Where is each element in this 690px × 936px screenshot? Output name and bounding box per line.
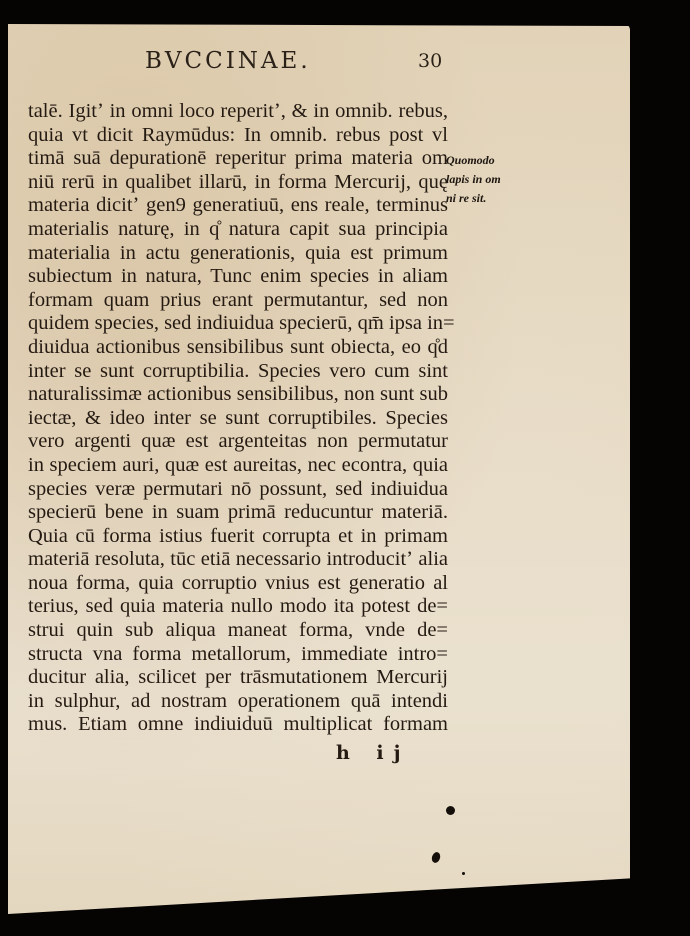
text-line: in sulphur, ad nostram operationem quā i…: [28, 690, 448, 714]
text-line: iectæ, & ideo inter se sunt corruptibile…: [28, 407, 448, 431]
text-line: vero argenti quæ est argenteitas non per…: [28, 430, 448, 454]
text-line: formam quam prius erant permutantur, sed…: [28, 289, 448, 313]
text-line: inter se sunt corruptibilia. Species ver…: [28, 360, 448, 384]
marginal-note-line: ni re sit.: [446, 189, 526, 208]
text-line: materialia in actu generationis, quia es…: [28, 242, 448, 266]
text-line: ducitur alia, scilicet per trāsmutatione…: [28, 666, 448, 690]
text-line: specierū bene in suam primā reducuntur m…: [28, 501, 448, 525]
signature-mark: h ij: [336, 742, 411, 764]
text-line: Quia cū forma istius fuerit corrupta et …: [28, 525, 448, 549]
text-line: materia dicitʼ gen9 generatiuū, ens real…: [28, 194, 448, 218]
ink-spot: [446, 806, 455, 815]
text-line: niū rerū in qualibet illarū, in forma Me…: [28, 171, 448, 195]
text-line: materiā resoluta, tūc etiā necessario in…: [28, 548, 448, 572]
text-line: in speciem auri, quæ est aureitas, nec e…: [28, 454, 448, 478]
text-line: species veræ permutari nō possunt, sed i…: [28, 478, 448, 502]
page-number: 30: [418, 50, 442, 72]
body-text: talē. Igitʼ in omni loco reperitʼ, & in …: [28, 100, 448, 737]
text-line: quia vt dicit Raymūdus: In omnib. rebus …: [28, 124, 448, 148]
text-line: subiectum in natura, Tunc enim species i…: [28, 265, 448, 289]
marginal-note-line: Quomodo: [446, 151, 526, 170]
text-line: noua forma, quia corruptio vnius est gen…: [28, 572, 448, 596]
text-line: diuidua actionibus sensibilibus sunt obi…: [28, 336, 448, 360]
text-line: strui quin sub aliqua maneat forma, vnde…: [28, 619, 448, 643]
text-line: naturalissimæ actionibus sensibilibus, n…: [28, 383, 448, 407]
marginal-note: Quomodo lapis in om ni re sit.: [446, 151, 526, 208]
text-line: structa vna forma metallorum, immediate …: [28, 643, 448, 667]
text-line: mus. Etiam omne indiuiduū multiplicat fo…: [28, 713, 448, 737]
text-line: materialis naturę, in q̊ natura capit su…: [28, 218, 448, 242]
ink-spot: [462, 872, 465, 875]
text-line: quidem species, sed indiuidua specierū, …: [28, 312, 448, 336]
marginal-note-line: lapis in om: [446, 170, 526, 189]
text-line: terius, sed quia materia nullo modo ita …: [28, 595, 448, 619]
text-line: talē. Igitʼ in omni loco reperitʼ, & in …: [28, 100, 448, 124]
running-head: BVCCINAE.: [145, 48, 311, 74]
text-line: timā suā depurationē reperitur prima mat…: [28, 147, 448, 171]
